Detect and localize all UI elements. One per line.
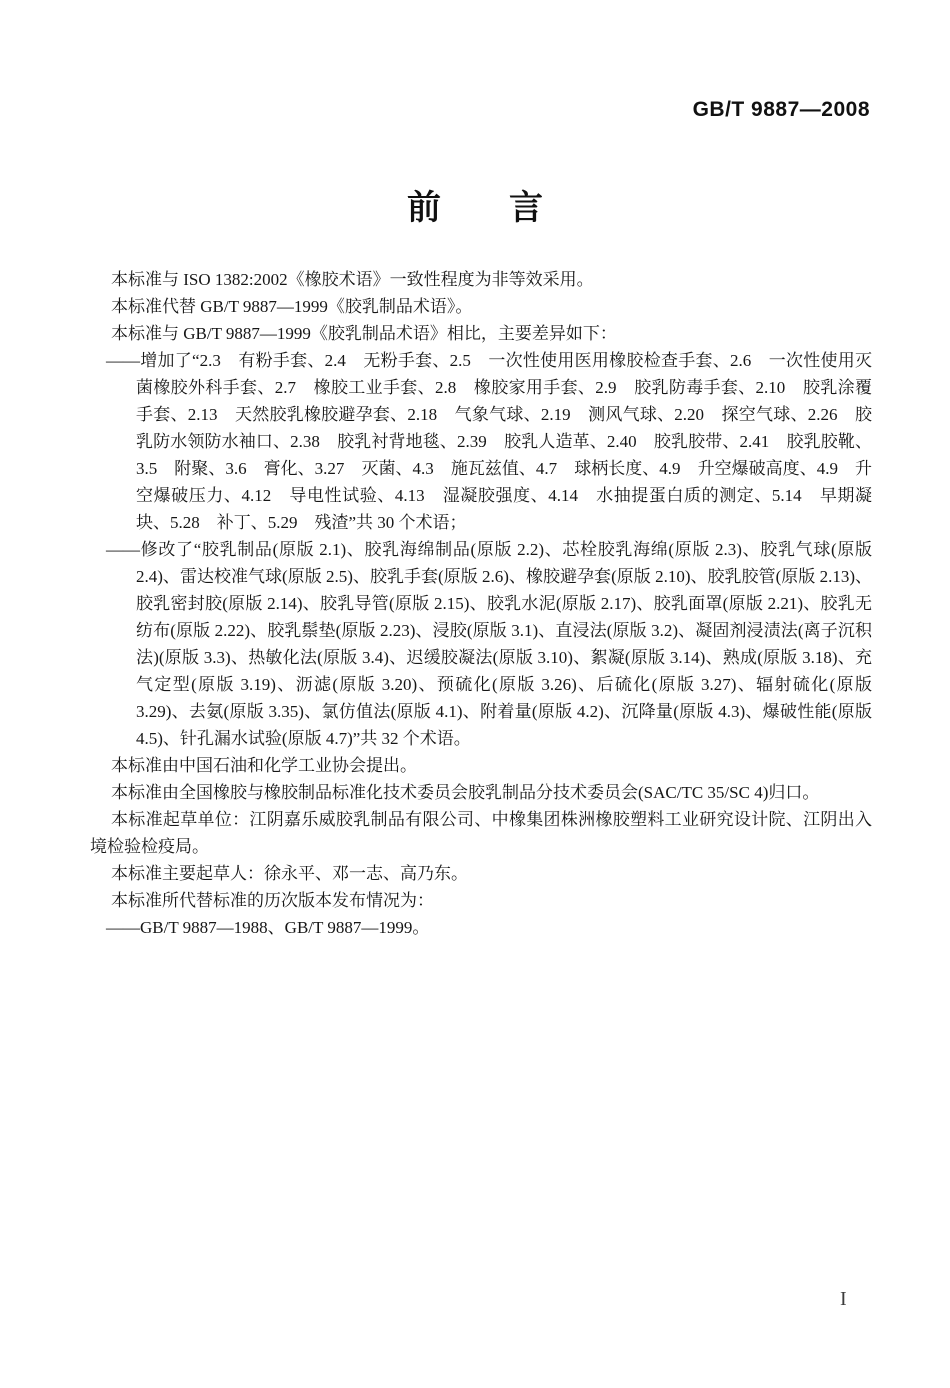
intro-paragraph: 本标准与 ISO 1382:2002《橡胶术语》一致性程度为非等效采用。 <box>90 266 872 293</box>
intro-paragraph: 本标准与 GB/T 9887—1999《胶乳制品术语》相比，主要差异如下： <box>90 320 872 347</box>
intro-paragraph: 本标准代替 GB/T 9887—1999《胶乳制品术语》。 <box>90 293 872 320</box>
closing-paragraph: 本标准所代替标准的历次版本发布情况为： <box>90 887 872 914</box>
closing-paragraph: 本标准由中国石油和化学工业协会提出。 <box>90 752 872 779</box>
closing-paragraph: 本标准起草单位：江阴嘉乐威胶乳制品有限公司、中橡集团株洲橡胶塑料工业研究设计院、… <box>90 806 872 860</box>
page-title: 前 言 <box>0 180 950 229</box>
document-page: GB/T 9887—2008 前 言 本标准与 ISO 1382:2002《橡胶… <box>0 0 950 1388</box>
closing-paragraph: 本标准主要起草人：徐永平、邓一志、高乃东。 <box>90 860 872 887</box>
foreword-body: 本标准与 ISO 1382:2002《橡胶术语》一致性程度为非等效采用。 本标准… <box>90 266 872 941</box>
standard-number: GB/T 9887—2008 <box>693 98 870 122</box>
diff-item-modified-terms: ——修改了“胶乳制品(原版 2.1)、胶乳海绵制品(原版 2.2)、芯栓胶乳海绵… <box>90 536 872 752</box>
diff-item-added-terms: ——增加了“2.3 有粉手套、2.4 无粉手套、2.5 一次性使用医用橡胶检查手… <box>90 347 872 536</box>
closing-paragraph: 本标准由全国橡胶与橡胶制品标准化技术委员会胶乳制品分技术委员会(SAC/TC 3… <box>90 779 872 806</box>
history-item: ——GB/T 9887—1988、GB/T 9887—1999。 <box>90 914 872 941</box>
page-number: I <box>840 1288 847 1311</box>
